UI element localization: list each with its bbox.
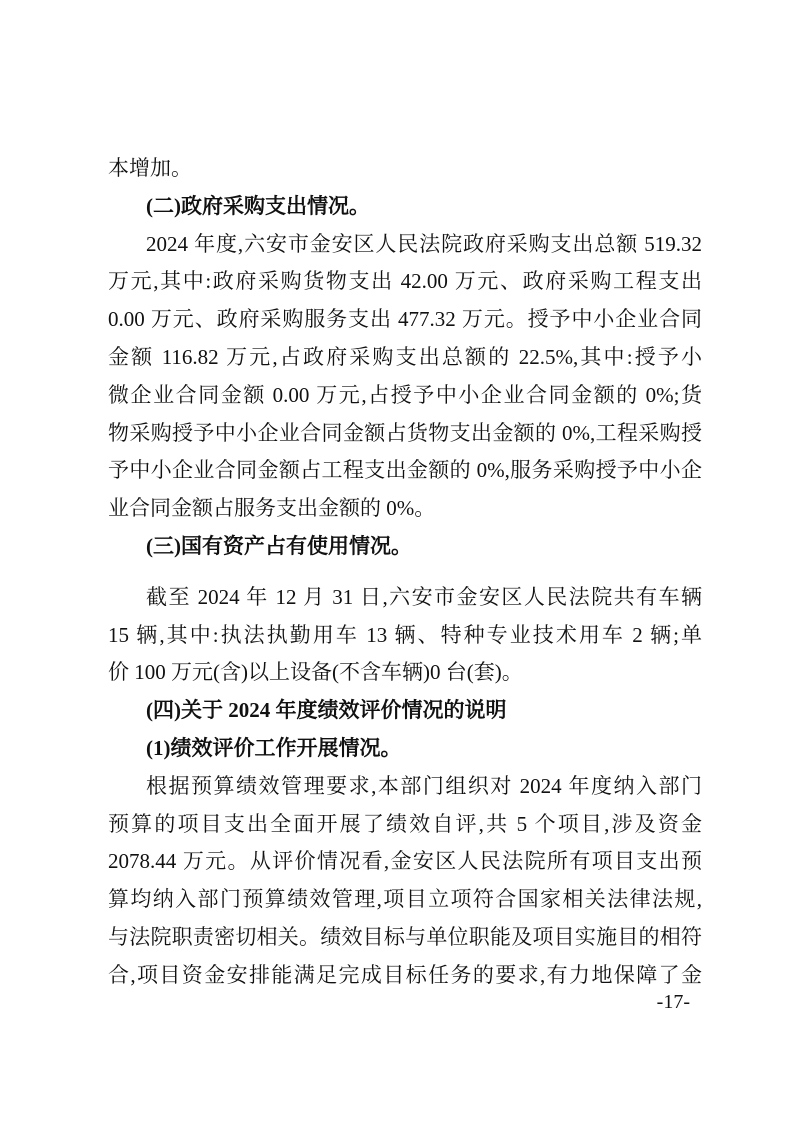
body-text-line: 2078.44 万元。从评价情况看,金安区人民法院所有项目支出预 [108, 843, 702, 881]
body-text-line: 价 100 万元(含)以上设备(不含车辆)0 台(套)。 [108, 654, 702, 692]
body-text-line: 万元,其中:政府采购货物支出 42.00 万元、政府采购工程支出 [108, 263, 702, 301]
heading-subsection-1: (1)绩效评价工作开展情况。 [108, 730, 702, 768]
heading-section-3: (三)国有资产占有使用情况。 [108, 528, 702, 566]
document-page: 本增加。 (二)政府采购支出情况。 2024 年度,六安市金安区人民法院政府采购… [0, 0, 793, 1122]
body-text-line: 0.00 万元、政府采购服务支出 477.32 万元。授予中小企业合同 [108, 301, 702, 339]
body-text-line: 根据预算绩效管理要求,本部门组织对 2024 年度纳入部门 [108, 768, 702, 806]
body-text-line: 合,项目资金安排能满足完成目标任务的要求,有力地保障了金 [108, 957, 702, 995]
body-text-line: 截至 2024 年 12 月 31 日,六安市金安区人民法院共有车辆 [108, 579, 702, 617]
body-text-line: 2024 年度,六安市金安区人民法院政府采购支出总额 519.32 [108, 226, 702, 264]
body-text-line: 与法院职责密切相关。绩效目标与单位职能及项目实施目的相符 [108, 919, 702, 957]
body-text-line: 金额 116.82 万元,占政府采购支出总额的 22.5%,其中:授予小 [108, 339, 702, 377]
body-text-line: 算均纳入部门预算绩效管理,项目立项符合国家相关法律法规, [108, 881, 702, 919]
body-text-line: 预算的项目支出全面开展了绩效自评,共 5 个项目,涉及资金 [108, 806, 702, 844]
body-text-line: 15 辆,其中:执法执勤用车 13 辆、特种专业技术用车 2 辆;单 [108, 617, 702, 655]
body-text-line: 予中小企业合同金额占工程支出金额的 0%,服务采购授予中小企 [108, 452, 702, 490]
body-text-line: 微企业合同金额 0.00 万元,占授予中小企业合同金额的 0%;货 [108, 377, 702, 415]
continuation-line: 本增加。 [108, 150, 702, 188]
heading-section-4: (四)关于 2024 年度绩效评价情况的说明 [108, 692, 702, 730]
page-number: -17- [657, 991, 690, 1013]
document-text-block: 本增加。 (二)政府采购支出情况。 2024 年度,六安市金安区人民法院政府采购… [108, 150, 702, 995]
body-text-line: 业合同金额占服务支出金额的 0%。 [108, 490, 702, 528]
body-text-line: 物采购授予中小企业合同金额占货物支出金额的 0%,工程采购授 [108, 415, 702, 453]
heading-section-2: (二)政府采购支出情况。 [108, 188, 702, 226]
